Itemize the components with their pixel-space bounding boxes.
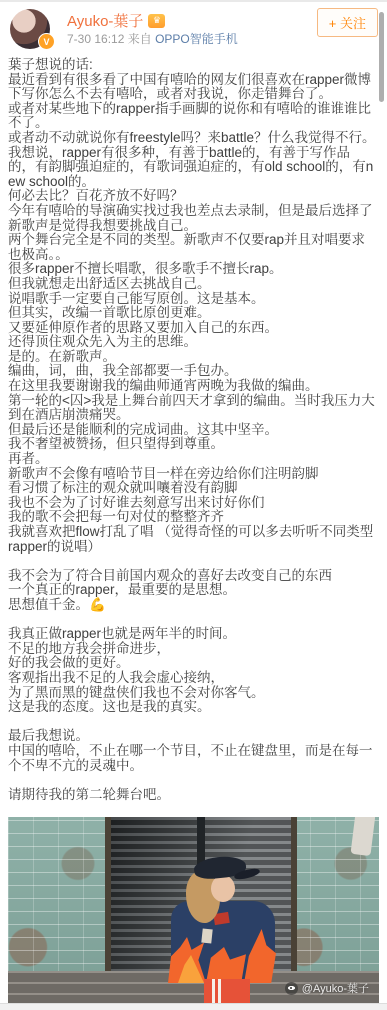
post-text-line: 一个真正的rapper，最重要的是思想。 <box>8 583 377 598</box>
post-text-line: 葉子想说的话: <box>8 58 377 73</box>
post-text-line: 编曲，词，曲，我全部都要一手包办。 <box>8 364 377 379</box>
post-text-line: 或者动不动就说你有freestyle吗？来battle？什么我觉得不行。 <box>8 131 377 146</box>
post-text-line: 我真正做rapper也就是两年半的时间。 <box>8 627 377 642</box>
vip-crown-icon: ♛ <box>148 14 165 28</box>
post-text-line: 说唱歌手一定要自己能写原创。这是基本。 <box>8 292 377 307</box>
post-text-line: 请期待我的第二轮舞台吧。 <box>8 788 377 803</box>
verified-v-icon: V <box>38 33 55 50</box>
post-text-line: 不足的地方我会拼命进步， <box>8 642 377 657</box>
weibo-post-page: V Ayuko-葉子 ♛ 7-30 16:12 来自 OPPO智能手机 + 关注… <box>0 0 387 1010</box>
post-text-line: 但其实，改编一首歌比原创更难。 <box>8 306 377 321</box>
post-text-line: 我就喜欢把flow打乱了唱 （觉得奇怪的可以多去听听不同类型rapper的说唱） <box>8 525 377 554</box>
scrollbar-thumb[interactable] <box>379 12 384 102</box>
source-device-link[interactable]: OPPO智能手机 <box>155 32 238 46</box>
post-text-line: 在这里我要谢谢我的编曲师通宵两晚为我做的编曲。 <box>8 379 377 394</box>
timestamp: 7-30 16:12 <box>67 32 124 46</box>
post-text-line: 或者对某些地下的rapper指手画脚的说你和有嘻哈的谁谁谁比不了。 <box>8 102 377 131</box>
post-body: 葉子想说的话:最近看到有很多看了中国有嘻哈的网友们很喜欢在rapper微博下写你… <box>8 58 377 802</box>
username-link[interactable]: Ayuko-葉子 <box>67 10 143 31</box>
post-text-line: 我想说，rapper有很多种，有善于battle的，有善于写作品的，有韵脚强迫症… <box>8 146 377 190</box>
post-text-line: 为了黑而黑的键盘侠们我也不会对你客气。 <box>8 686 377 701</box>
post-text-line: 两个舞台完全是不同的类型。新歌声不仅要rap并且对唱要求也极高。。 <box>8 233 377 262</box>
follow-button[interactable]: + 关注 <box>317 8 378 37</box>
post-header: V Ayuko-葉子 ♛ 7-30 16:12 来自 OPPO智能手机 + 关注 <box>0 2 387 52</box>
post-text-line: 很多rapper不擅长唱歌，很多歌手不擅长rap。 <box>8 262 377 277</box>
post-text-line <box>8 613 377 628</box>
post-meta: 7-30 16:12 来自 OPPO智能手机 <box>67 30 238 47</box>
post-text-line: 第一轮的<囚>我是上舞台前四天才拿到的编曲。当时我压力大到在酒店崩溃痛哭。 <box>8 394 377 423</box>
post-text-line: 但我就想走出舒适区去挑战自己。 <box>8 277 377 292</box>
post-text-line: 中国的嘻哈，不止在哪一个节目，不止在键盘里，而是在每一个不卑不亢的灵魂中。 <box>8 744 377 773</box>
weibo-eye-icon <box>285 982 298 995</box>
photo-watermark: @Ayuko-葉子 <box>285 980 369 996</box>
post-text-line: 我的歌不会把每一句对仗的整整齐齐 <box>8 510 377 525</box>
post-text-line: 这是我的态度。这也是我的真实。 <box>8 700 377 715</box>
post-text-line: 何必去比？百花齐放不好吗？ <box>8 189 377 204</box>
post-photo[interactable]: @Ayuko-葉子 <box>8 817 379 1003</box>
post-text-line: 客观指出我不足的人我会虚心接纳， <box>8 671 377 686</box>
post-text-line: 今年有嘻哈的导演确实找过我也差点去录制，但是最后选择了新歌声是觉得我想要挑战自己… <box>8 204 377 233</box>
person-face <box>211 875 235 902</box>
post-text-line: 最后我想说。 <box>8 729 377 744</box>
post-text-line: 再者。 <box>8 452 377 467</box>
source-prefix: 来自 <box>128 32 152 46</box>
post-text-line: 好的我会做的更好。 <box>8 656 377 671</box>
post-text-line: 还得顶住观众先入为主的思维。 <box>8 335 377 350</box>
post-text-line: 我不奢望被赞扬，但只望得到尊重。 <box>8 437 377 452</box>
post-text-line <box>8 773 377 788</box>
post-text-line: 看习惯了标注的观众就叫嚷着没有韵脚 <box>8 481 377 496</box>
person-striped-pants <box>204 979 250 1003</box>
jacket-patch <box>201 929 212 944</box>
post-text-line: 思想值千金。💪 <box>8 598 377 613</box>
watermark-text: @Ayuko-葉子 <box>302 980 369 996</box>
bottom-divider <box>0 1003 387 1010</box>
post-text-line <box>8 554 377 569</box>
post-text-line: 最近看到有很多看了中国有嘻哈的网友们很喜欢在rapper微博下写你怎么不去有嘻哈… <box>8 73 377 102</box>
